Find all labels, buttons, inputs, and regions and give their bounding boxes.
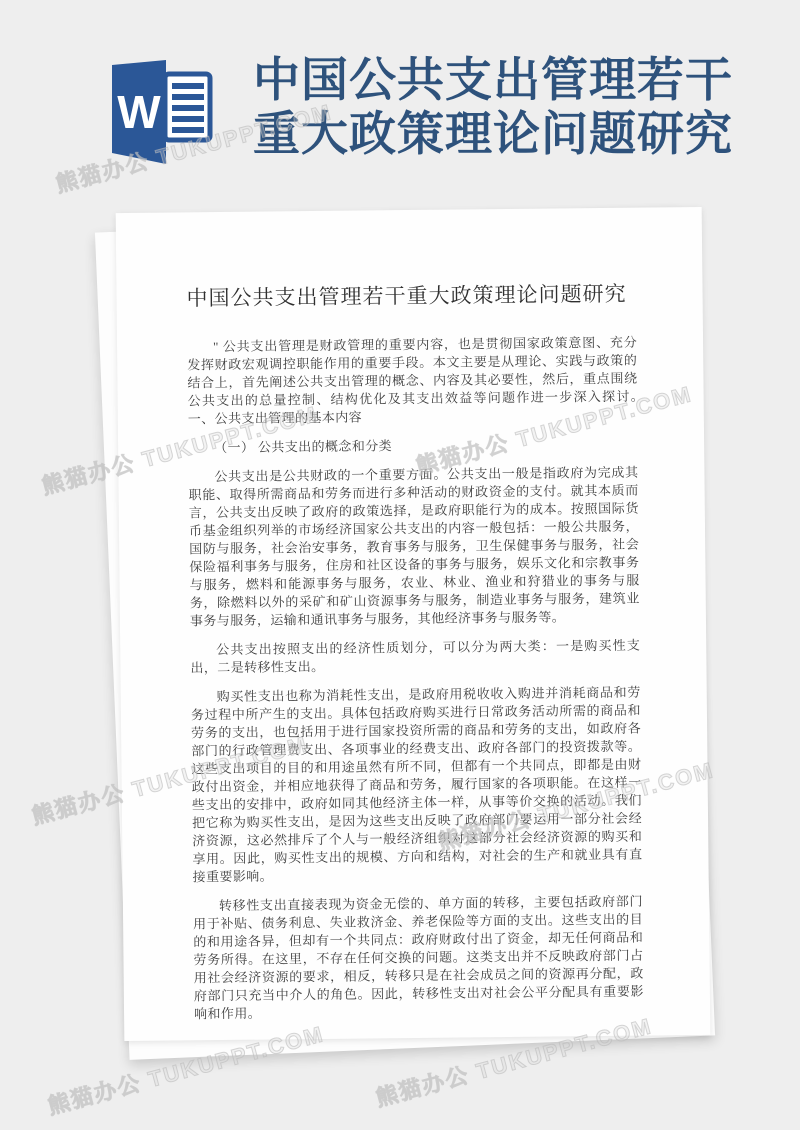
word-icon: W — [108, 58, 214, 166]
doc-paragraph-intro: " 公共支出管理是财政管理的重要内容，也是贯彻国家政策意图、充分发挥财政宏观调控… — [187, 334, 638, 429]
header-title-line1: 中国公共支出管理若干 — [253, 54, 753, 108]
doc-section-heading: （一） 公共支出的概念和分类 — [188, 435, 638, 458]
doc-paragraph-concept: 公共支出是公共财政的一个重要方面。公共支出一般是指政府为完成其职能、取得所需商品… — [188, 464, 640, 631]
word-icon-letter: W — [117, 86, 161, 138]
header-title: 中国公共支出管理若干 重大政策理论问题研究 — [253, 54, 753, 162]
header: W 中国公共支出管理若干 重大政策理论问题研究 — [0, 0, 800, 200]
doc-paragraph-types: 公共支出按照支出的经济性质划分，可以分为两大类：一是购买性支出，二是转移性支出。 — [190, 637, 640, 678]
doc-paragraph-transfer: 转移性支出直接表现为资金无偿的、单方面的转移，主要包括政府部门用于补贴、债务利息… — [193, 893, 644, 1024]
document-title: 中国公共支出管理若干重大政策理论问题研究 — [186, 278, 636, 313]
document-body: " 公共支出管理是财政管理的重要内容，也是贯彻国家政策意图、充分发挥财政宏观调控… — [187, 334, 644, 1024]
header-title-line2: 重大政策理论问题研究 — [253, 108, 753, 162]
document-page: 中国公共支出管理若干重大政策理论问题研究 " 公共支出管理是财政管理的重要内容，… — [116, 207, 711, 1041]
template-preview: { "header": { "icon_letter": "W", "title… — [0, 0, 800, 1130]
doc-paragraph-purchase: 购买性支出也称为消耗性支出，是政府用税收收入购进并消耗商品和劳务过程中所产生的支… — [191, 684, 643, 887]
